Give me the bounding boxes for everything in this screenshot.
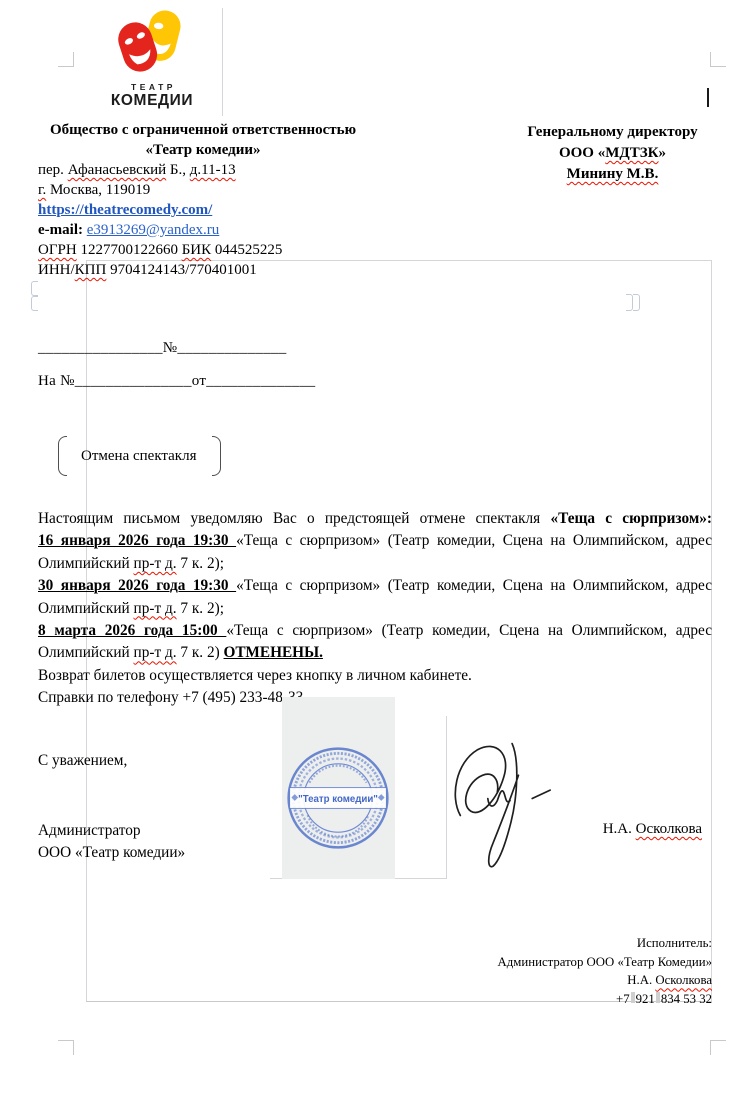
frame-anchor-bracket (626, 294, 633, 311)
executor-block: Исполнитель: Администратор ООО «Театр Ко… (300, 934, 712, 1009)
sender-inn-line: ИНН/КПП 9704124143/770401001 (38, 260, 368, 280)
sender-website-line: https://theatrecomedy.com/ (38, 200, 368, 220)
logo-text-teatr: ТЕАТР (96, 82, 208, 92)
crop-mark-bottom-left (73, 1040, 74, 1055)
letter-page: ТЕАТР КОМЕДИИ Общество с ограниченной от… (0, 0, 747, 1098)
nbsp-marker (656, 992, 660, 1003)
ref-number-line: ________________№______________ (38, 340, 287, 357)
crop-mark-top-left (73, 52, 74, 67)
closing-regards: С уважением, (38, 750, 127, 772)
recipient-org: ООО «МДТЗК» (505, 143, 720, 164)
logo-text-komedii: КОМЕДИИ (96, 92, 208, 110)
crop-mark-bottom-left (58, 1040, 74, 1041)
theatre-logo: ТЕАТР КОМЕДИИ (96, 10, 208, 110)
body-line: Возврат билетов осуществляется через кно… (38, 665, 712, 687)
frame-anchor-bracket (31, 296, 38, 311)
ref-reply-line: На №_______________от______________ (38, 373, 315, 390)
frame-bracket-left (58, 436, 67, 476)
subject-frame: Отмена спектакля (58, 436, 221, 476)
executor-role: Администратор ООО «Театр Комедии» (300, 953, 712, 972)
executor-name: Н.А. Осколкова (300, 971, 712, 990)
crop-mark-bottom-right (710, 1040, 726, 1041)
recipient-title: Генеральному директору (505, 122, 720, 143)
recipient-block: Генеральному директору ООО «МДТЗК» Минин… (505, 122, 720, 185)
crop-mark-top-right (710, 52, 711, 67)
body-line: Олимпийский пр-т д. 7 к. 2); (38, 553, 712, 575)
crop-mark-top-right (710, 66, 726, 67)
website-link[interactable]: https://theatrecomedy.com/ (38, 202, 212, 218)
gridline-logo-cell (222, 8, 223, 116)
executor-phone: +7921834 53 32 (300, 990, 712, 1009)
crop-mark-bottom-right (710, 1040, 711, 1055)
email-link[interactable]: e3913269@yandex.ru (87, 222, 220, 238)
body-line: Олимпийский пр-т д. 7 к. 2) ОТМЕНЕНЫ. (38, 642, 712, 664)
body-line: 16 января 2026 года 19:30 «Теща с сюрпри… (38, 530, 712, 552)
frame-bracket-right (212, 436, 221, 476)
sender-email-line: e-mail: e3913269@yandex.ru (38, 220, 368, 240)
frame-anchor-bracket (633, 294, 640, 311)
body-line: Настоящим письмом уведомляю Вас о предст… (38, 508, 712, 530)
closing-role-line2: ООО «Театр комедии» (38, 842, 185, 864)
sender-block: Общество с ограниченной ответственностью… (38, 120, 368, 280)
executor-label: Исполнитель: (300, 934, 712, 953)
company-stamp: "Театр комедии" (281, 741, 395, 855)
stamp-center-text: "Театр комедии" (298, 794, 378, 805)
sender-ogrn-line: ОГРН 1227700122660 БИК 044525225 (38, 240, 368, 260)
sender-org-line1: Общество с ограниченной ответственностью (38, 120, 368, 140)
theatre-masks-icon (114, 10, 190, 76)
frame-anchor-bracket (31, 281, 38, 296)
sender-address: пер. Афанасьевский Б., д.11-13 (38, 160, 368, 180)
gridline-stamp-cell (446, 716, 447, 878)
body-line: 8 марта 2026 года 15:00 «Теща с сюрпризо… (38, 620, 712, 642)
sender-city: г. Москва, 119019 (38, 180, 368, 200)
crop-mark-top-left (58, 66, 74, 67)
recipient-name: Минину М.В. (505, 164, 720, 185)
sender-org-line2: «Театр комедии» (38, 140, 368, 160)
closing-role-line1: Администратор (38, 820, 185, 842)
signature (450, 733, 570, 881)
letter-body: Настоящим письмом уведомляю Вас о предст… (38, 508, 712, 710)
body-line: Олимпийский пр-т д. 7 к. 2); (38, 598, 712, 620)
body-line: 30 января 2026 года 19:30 «Теща с сюрпри… (38, 575, 712, 597)
subject-text: Отмена спектакля (67, 448, 212, 465)
signer-name: Н.А. Осколкова (560, 821, 702, 838)
closing-role: Администратор ООО «Театр комедии» (38, 820, 185, 864)
text-cursor[interactable] (707, 88, 709, 107)
nbsp-marker (631, 992, 635, 1003)
